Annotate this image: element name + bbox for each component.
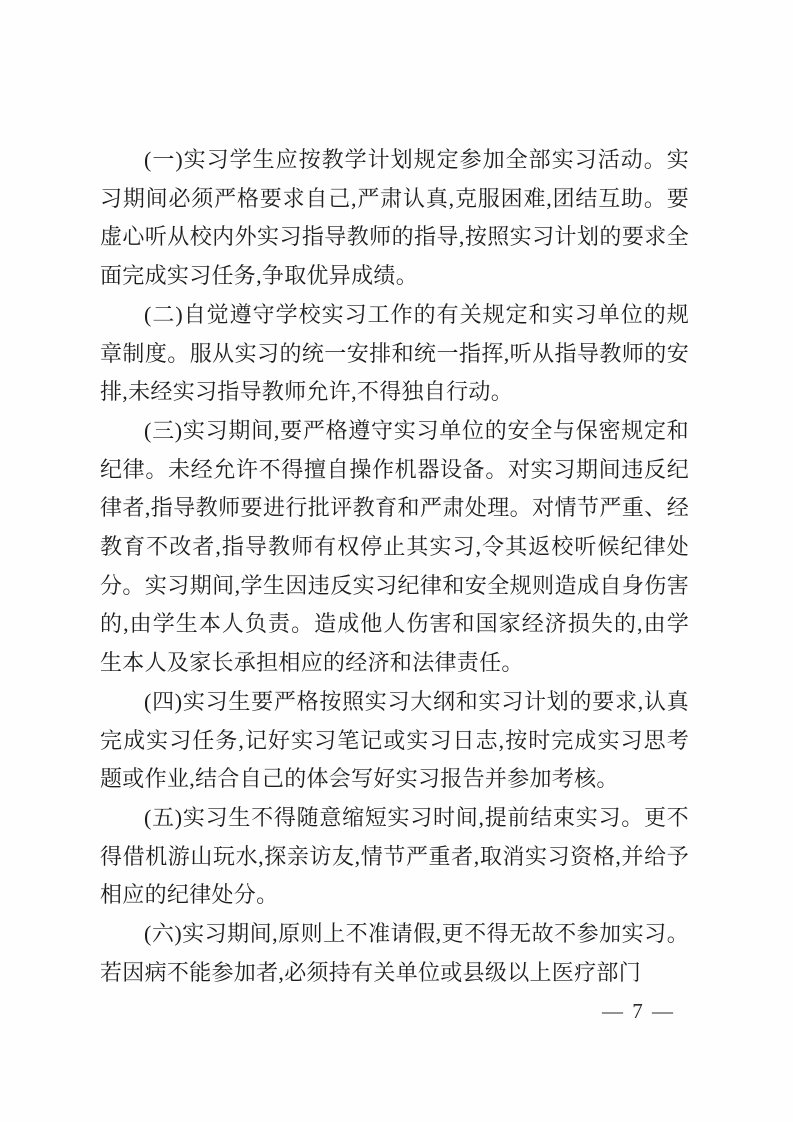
paragraph-1: (一)实习学生应按教学计划规定参加全部实习活动。实习期间必须严格要求自己,严肃认… xyxy=(100,141,689,296)
paragraph-6: (六)实习期间,原则上不准请假,更不得无故不参加实习。若因病不能参加者,必须持有… xyxy=(100,915,689,992)
paragraph-3: (三)实习期间,要严格遵守实习单位的安全与保密规定和纪律。未经允许不得擅自操作机… xyxy=(100,412,689,683)
paragraph-4: (四)实习生要严格按照实习大纲和实习计划的要求,认真完成实习任务,记好实习笔记或… xyxy=(100,683,689,799)
page-footer: — 7 — xyxy=(100,992,689,1031)
document-page: (一)实习学生应按教学计划规定参加全部实习活动。实习期间必须严格要求自己,严肃认… xyxy=(0,0,793,1122)
paragraph-5: (五)实习生不得随意缩短实习时间,提前结束实习。更不得借机游山玩水,探亲访友,情… xyxy=(100,799,689,915)
paragraph-2: (二)自觉遵守学校实习工作的有关规定和实习单位的规章制度。服从实习的统一安排和统… xyxy=(100,296,689,412)
document-body: (一)实习学生应按教学计划规定参加全部实习活动。实习期间必须严格要求自己,严肃认… xyxy=(100,141,689,992)
page-number: — 7 — xyxy=(602,992,675,1031)
